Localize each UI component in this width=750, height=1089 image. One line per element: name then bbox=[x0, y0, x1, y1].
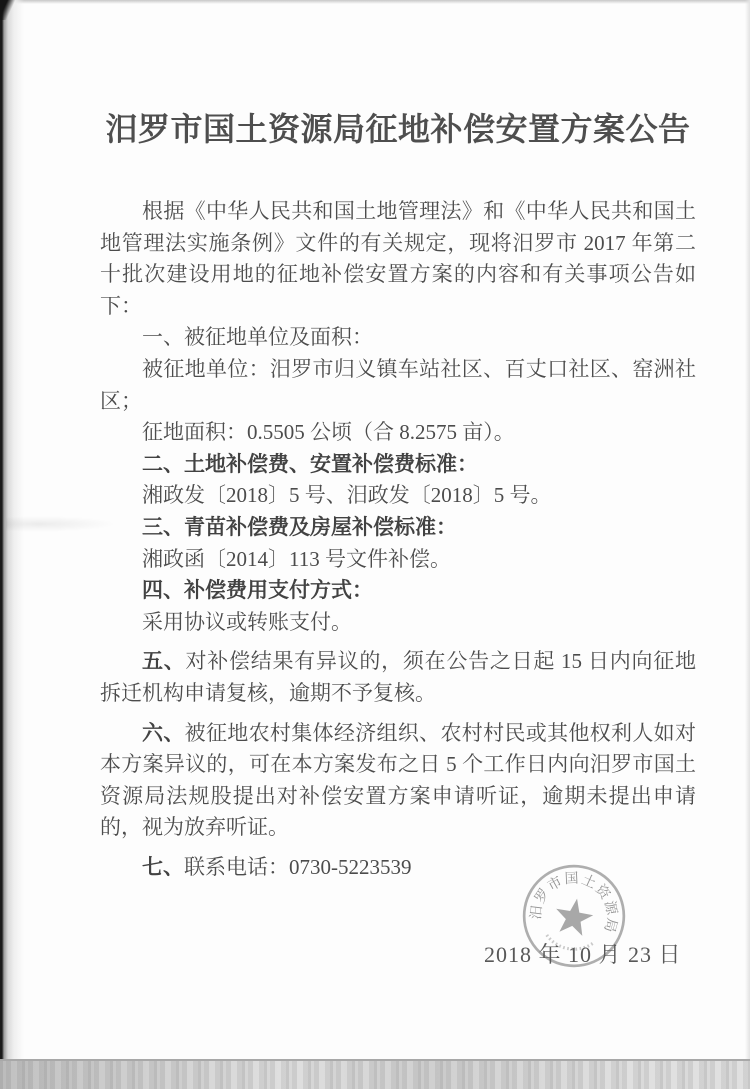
section-3-heading: 三、青苗补偿费及房屋补偿标准： bbox=[100, 512, 696, 544]
scan-top-edge bbox=[0, 0, 750, 4]
document-title: 汨罗市国土资源局征地补偿安置方案公告 bbox=[100, 106, 696, 152]
intro-paragraph: 根据《中华人民共和国土地管理法》和《中华人民共和国土地管理法实施条例》文件的有关… bbox=[100, 196, 696, 322]
section-5-paragraph: 五、对补偿结果有异议的，须在公告之日起 15 日内向征地拆迁机构申请复核，逾期不… bbox=[100, 646, 696, 709]
seal-star-icon bbox=[552, 895, 595, 937]
section-6-paragraph: 六、被征地农村集体经济组织、农村村民或其他权利人如对本方案异议的，可在本方案发布… bbox=[100, 718, 696, 844]
scan-corner-shadow bbox=[0, 0, 16, 20]
scan-bottom-band bbox=[0, 1059, 750, 1089]
section-2-heading: 二、土地补偿费、安置补偿费标准： bbox=[100, 449, 696, 481]
section-4-body: 采用协议或转账支付。 bbox=[100, 607, 696, 639]
expropriated-units-line: 被征地单位：汨罗市归义镇车站社区、百丈口社区、窑洲社区； bbox=[100, 354, 696, 417]
land-area-line: 征地面积：0.5505 公顷（合 8.2575 亩）。 bbox=[100, 417, 696, 449]
scan-left-edge bbox=[0, 0, 24, 1089]
section-7-number: 七、 bbox=[142, 856, 184, 879]
issue-date: 2018 年 10 月 23 日 bbox=[484, 938, 682, 969]
section-1-heading: 一、被征地单位及面积： bbox=[100, 322, 696, 354]
paper-crease bbox=[6, 516, 116, 532]
section-6-number: 六、 bbox=[142, 722, 185, 745]
scan-right-edge bbox=[745, 0, 750, 1089]
section-2-body: 湘政发〔2018〕5 号、汨政发〔2018〕5 号。 bbox=[100, 480, 696, 512]
section-5-number: 五、 bbox=[142, 650, 185, 673]
document-body: 汨罗市国土资源局征地补偿安置方案公告 根据《中华人民共和国土地管理法》和《中华人… bbox=[100, 0, 696, 883]
scanned-document: 汨罗市国土资源局征地补偿安置方案公告 根据《中华人民共和国土地管理法》和《中华人… bbox=[0, 0, 750, 1089]
section-3-body: 湘政函〔2014〕113 号文件补偿。 bbox=[100, 544, 696, 576]
section-4-heading: 四、补偿费用支付方式： bbox=[100, 575, 696, 607]
